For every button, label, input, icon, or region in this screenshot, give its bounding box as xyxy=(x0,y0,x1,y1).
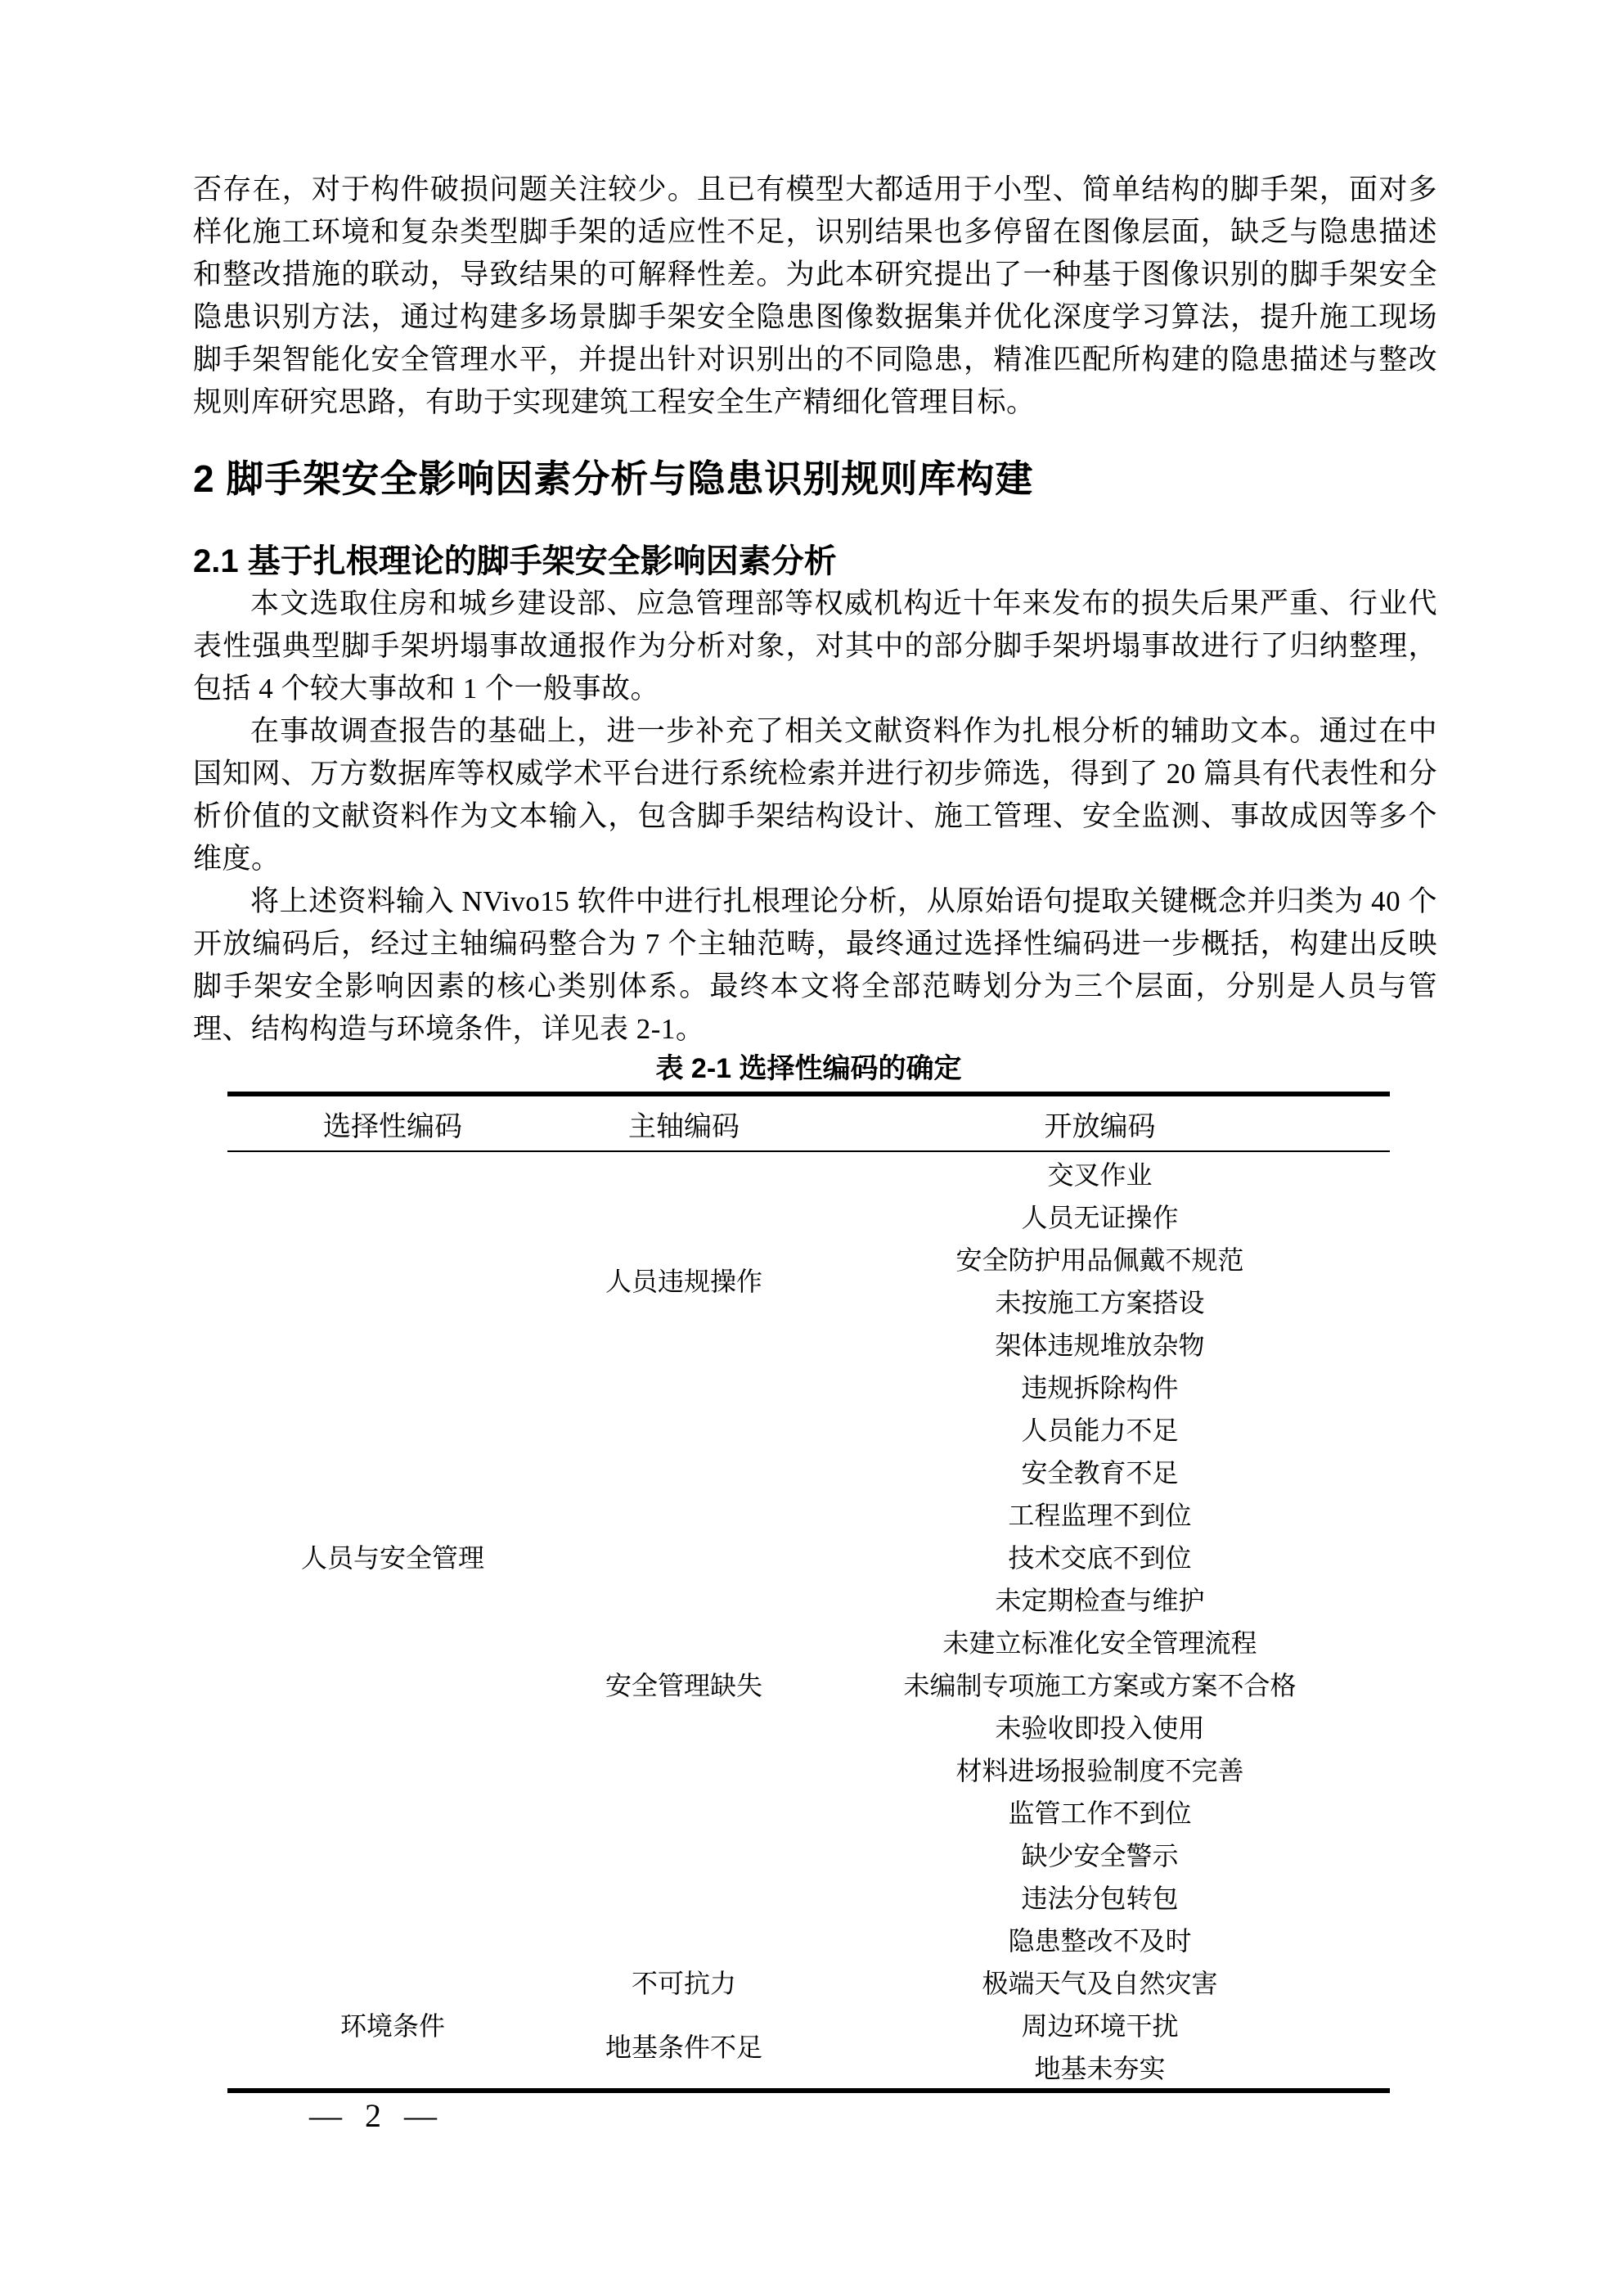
open-code-cell: 未验收即投入使用 xyxy=(810,1705,1390,1748)
column-header-open: 开放编码 xyxy=(810,1096,1390,1150)
column-header-selective: 选择性编码 xyxy=(227,1096,558,1150)
axial-code-cell: 地基条件不足 xyxy=(558,2003,810,2088)
paragraph: 在事故调查报告的基础上，进一步补充了相关文献资料作为扎根分析的辅助文本。通过在中… xyxy=(193,710,1437,880)
table-header-row: 选择性编码 主轴编码 开放编码 xyxy=(227,1096,1390,1152)
selective-code-cell: 环境条件 xyxy=(227,1961,558,2088)
paragraph: 否存在，对于构件破损问题关注较少。且已有模型大都适用于小型、简单结构的脚手架，面… xyxy=(193,169,1437,424)
open-code-cell: 缺少安全警示 xyxy=(810,1833,1390,1875)
paragraph: 将上述资料输入 NVivo15 软件中进行扎根理论分析，从原始语句提取关键概念并… xyxy=(193,880,1437,1051)
open-code-cell: 人员无证操作 xyxy=(810,1195,1390,1237)
open-code-cell: 交叉作业 xyxy=(810,1152,1390,1195)
table-body: 人员与安全管理 环境条件 人员违规操作 安全管理缺失 不可抗力 地基条件不足 交… xyxy=(227,1152,1390,2088)
open-code-cell: 未建立标准化安全管理流程 xyxy=(810,1620,1390,1663)
page-content: 否存在，对于构件破损问题关注较少。且已有模型大都适用于小型、简单结构的脚手架，面… xyxy=(193,0,1437,2093)
open-code-cell: 安全教育不足 xyxy=(810,1450,1390,1492)
open-code-cell: 违规拆除构件 xyxy=(810,1365,1390,1407)
open-code-cell: 周边环境干扰 xyxy=(810,2003,1390,2046)
axial-code-cell: 不可抗力 xyxy=(558,1961,810,2003)
paragraph: 本文选取住房和城乡建设部、应急管理部等权威机构近十年来发布的损失后果严重、行业代… xyxy=(193,583,1437,710)
open-code-cell: 极端天气及自然灾害 xyxy=(810,1961,1390,2003)
subsection-heading: 2.1 基于扎根理论的脚手架安全影响因素分析 xyxy=(193,540,1437,583)
table-caption: 表 2-1 选择性编码的确定 xyxy=(227,1052,1390,1085)
section-heading: 2 脚手架安全影响因素分析与隐患识别规则库构建 xyxy=(193,453,1437,504)
open-code-cell: 人员能力不足 xyxy=(810,1407,1390,1450)
open-code-cell: 地基未夯实 xyxy=(810,2046,1390,2088)
axial-code-cell: 安全管理缺失 xyxy=(558,1407,810,1961)
open-code-cell: 材料进场报验制度不完善 xyxy=(810,1748,1390,1790)
axial-code-cell: 人员违规操作 xyxy=(558,1152,810,1407)
page-number: — 2 — xyxy=(309,2096,440,2136)
coding-table: 选择性编码 主轴编码 开放编码 人员与安全管理 环境条件 人员违规操作 安全管理… xyxy=(227,1092,1390,2093)
open-code-cell: 隐患整改不及时 xyxy=(810,1918,1390,1961)
open-code-cell: 未按施工方案搭设 xyxy=(810,1280,1390,1322)
open-code-cell: 架体违规堆放杂物 xyxy=(810,1322,1390,1365)
column-header-axial: 主轴编码 xyxy=(558,1096,810,1150)
open-code-cell: 工程监理不到位 xyxy=(810,1492,1390,1535)
open-code-cell: 监管工作不到位 xyxy=(810,1790,1390,1833)
selective-code-cell: 人员与安全管理 xyxy=(227,1152,558,1961)
page: 否存在，对于构件破损问题关注较少。且已有模型大都适用于小型、简单结构的脚手架，面… xyxy=(0,0,1623,2296)
open-code-cell: 安全防护用品佩戴不规范 xyxy=(810,1237,1390,1280)
open-code-cell: 违法分包转包 xyxy=(810,1875,1390,1918)
open-code-cell: 未定期检查与维护 xyxy=(810,1578,1390,1620)
open-code-cell: 未编制专项施工方案或方案不合格 xyxy=(810,1663,1390,1705)
open-code-cell: 技术交底不到位 xyxy=(810,1535,1390,1578)
